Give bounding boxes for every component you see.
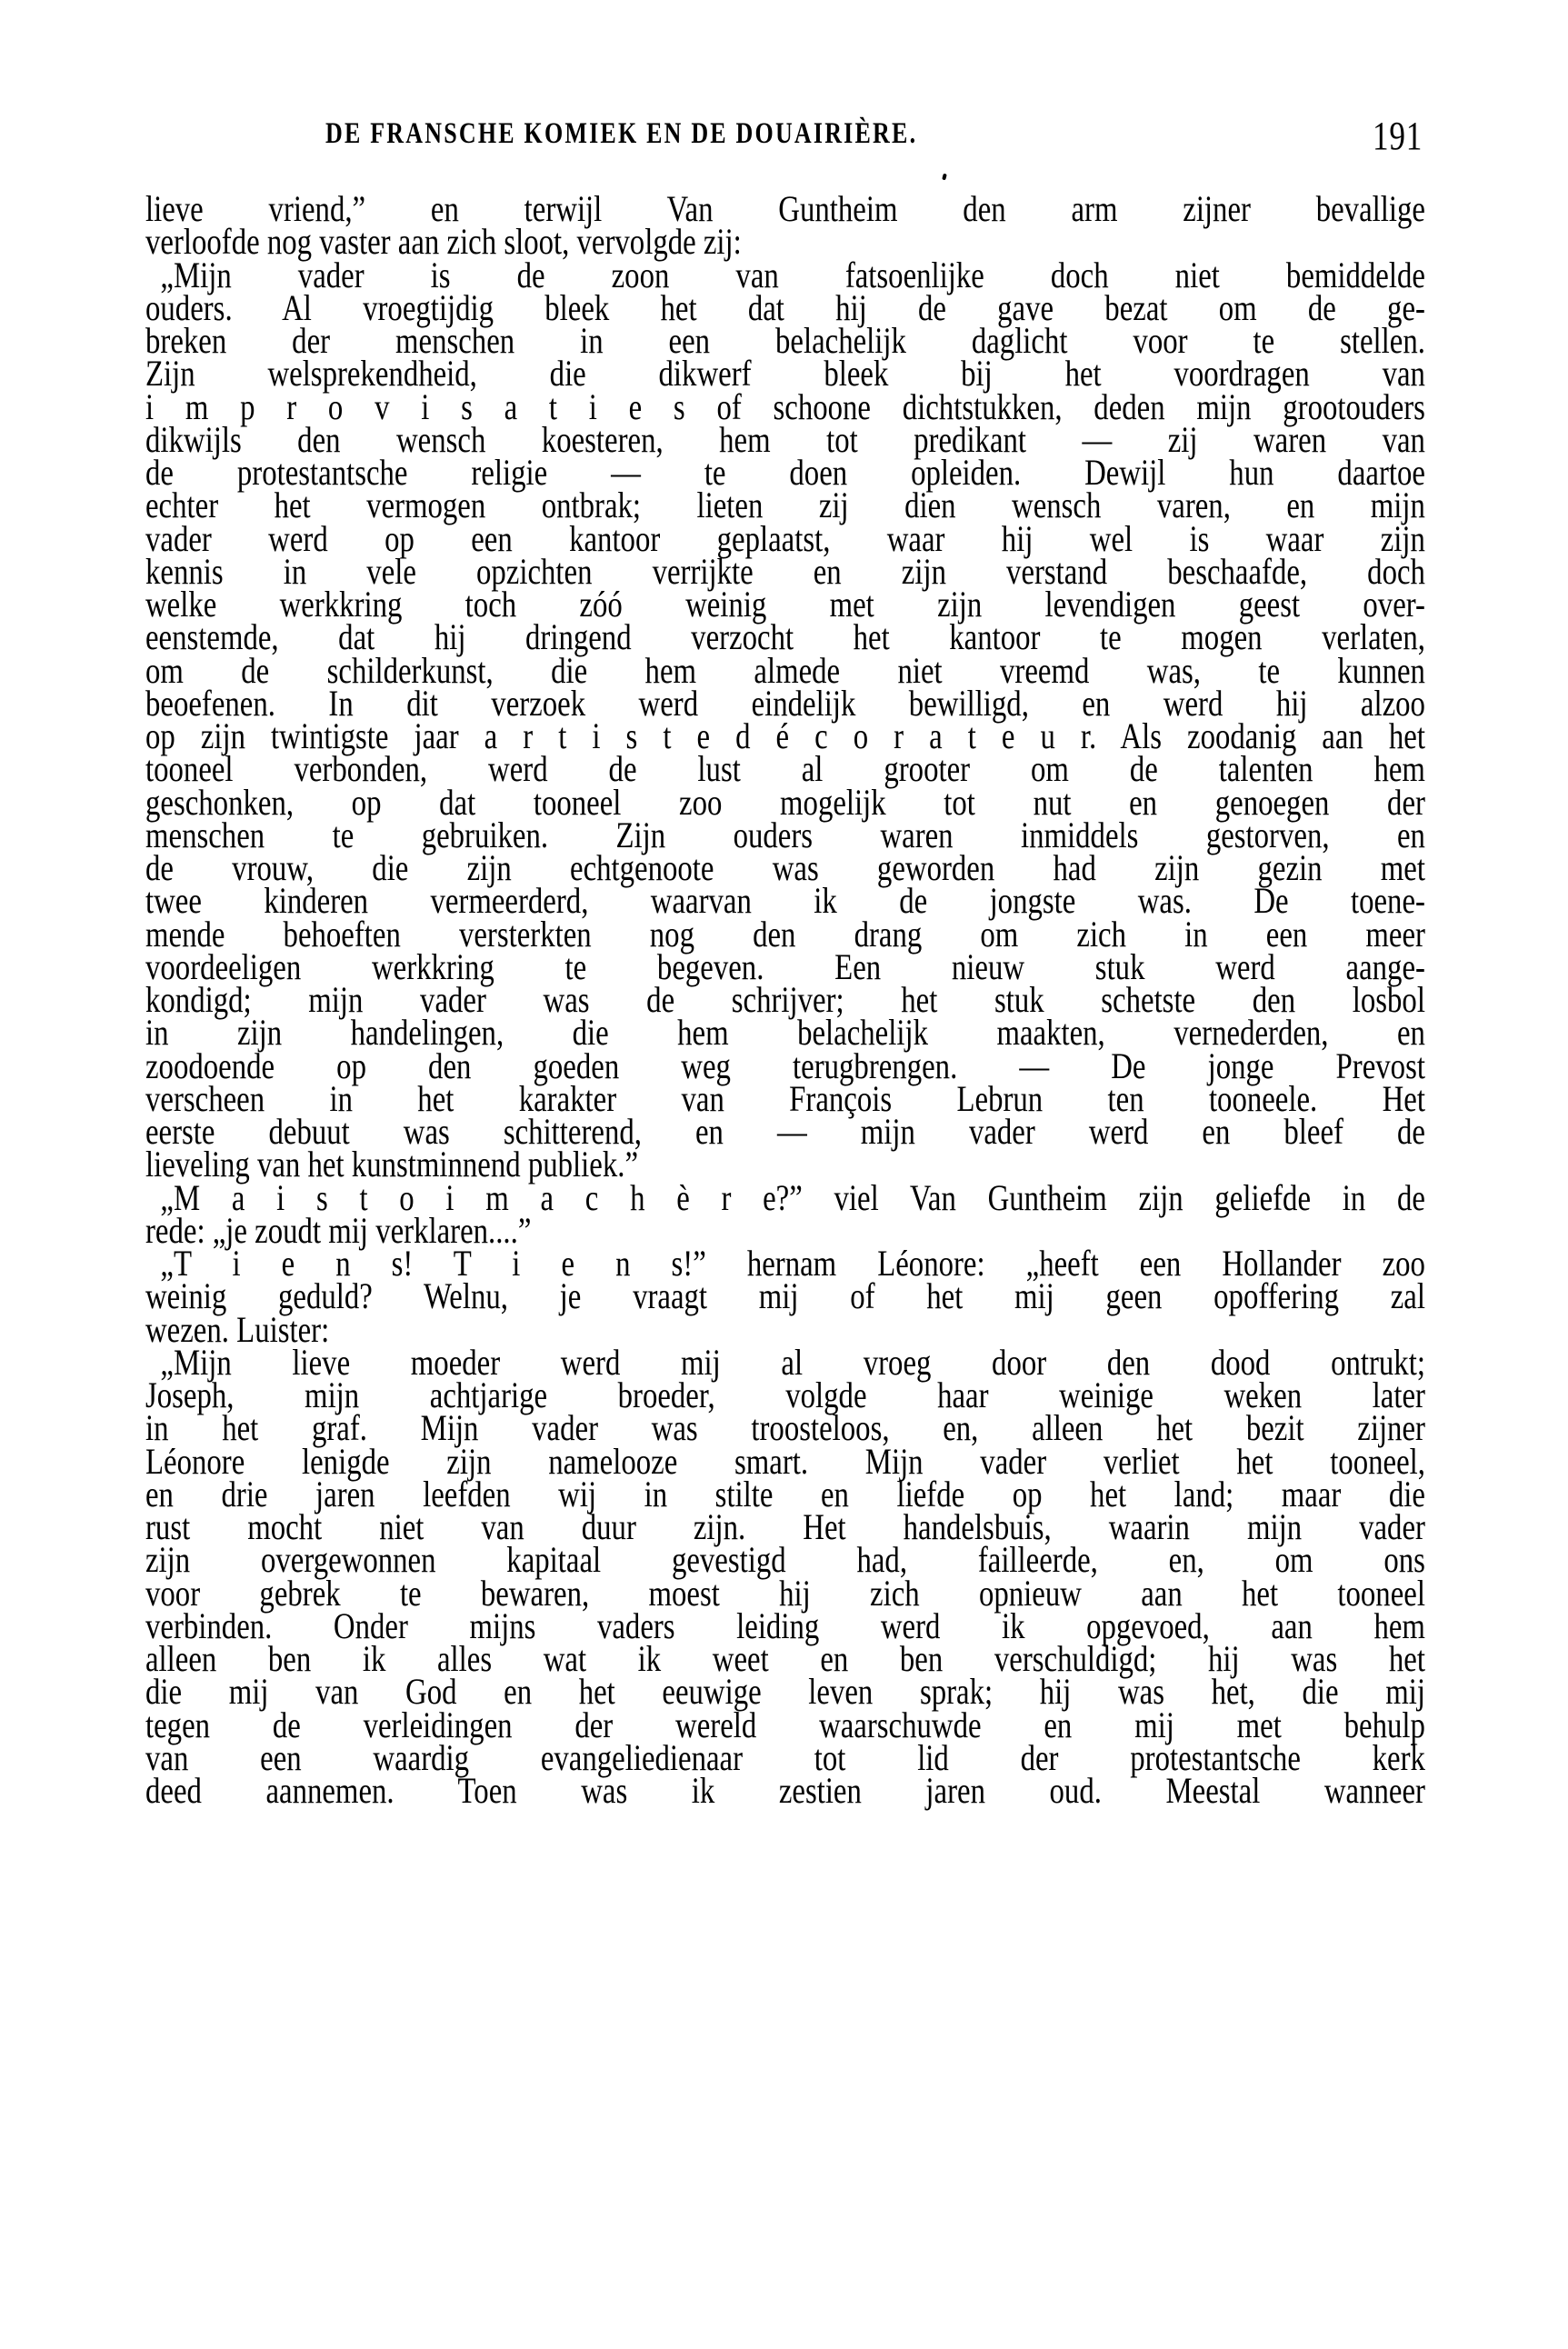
text-line: deed aannemen. Toen was ik zestien jaren… xyxy=(145,1774,1425,1807)
body-text: lieve vriend,” en terwijl Van Guntheim d… xyxy=(145,193,1425,1807)
text-line: weinig geduld? Welnu, je vraagt mij of h… xyxy=(145,1280,1425,1313)
book-page: DE FRANSCHE KOMIEK EN DE DOUAIRIÈRE. 191… xyxy=(0,0,1568,2349)
running-head: DE FRANSCHE KOMIEK EN DE DOUAIRIÈRE. 191 xyxy=(0,113,1568,158)
page-number: 191 xyxy=(1373,113,1423,159)
print-speck xyxy=(942,174,947,181)
running-title: DE FRANSCHE KOMIEK EN DE DOUAIRIÈRE. xyxy=(325,116,917,151)
